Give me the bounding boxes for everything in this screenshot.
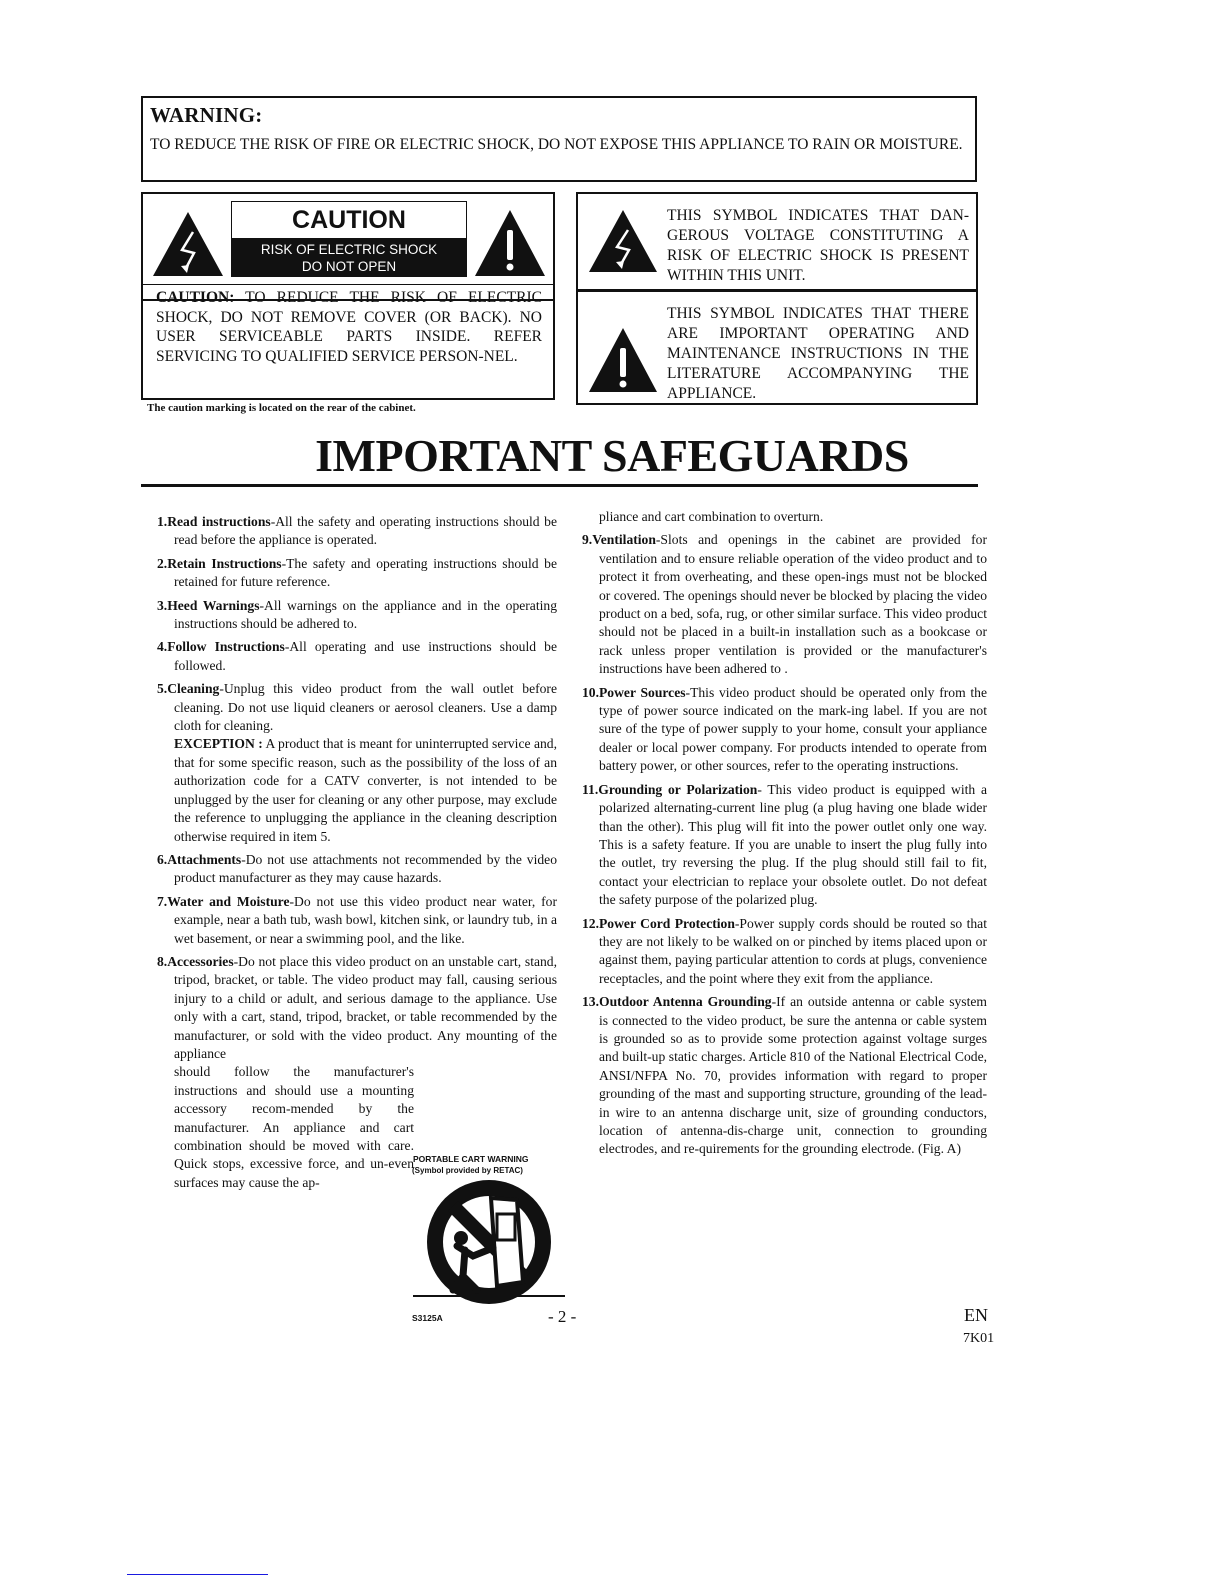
safeguard-item: 12.Power Cord Protection-Power supply co… xyxy=(582,915,987,989)
safeguard-item: 1.Read instructions-All the safety and o… xyxy=(157,513,557,550)
caution-band-line1: RISK OF ELECTRIC SHOCK xyxy=(232,241,466,258)
title-divider xyxy=(141,484,978,487)
caution-text: CAUTION: TO REDUCE THE RISK OF ELECTRIC … xyxy=(156,288,542,366)
safeguard-item-continuation: pliance and cart combination to overturn… xyxy=(582,508,987,526)
safeguard-item: 6.Attachments-Do not use attachments not… xyxy=(157,851,557,888)
page-title: IMPORTANT SAFEGUARDS xyxy=(0,430,1224,482)
exclamation-triangle-icon xyxy=(473,208,547,278)
caution-band-line2: DO NOT OPEN xyxy=(232,258,466,275)
safeguard-item: 13.Outdoor Antenna Grounding-If an outsi… xyxy=(582,993,987,1159)
safeguard-item: 7.Water and Moisture-Do not use this vid… xyxy=(157,893,557,948)
language-code: EN xyxy=(964,1305,988,1326)
warning-text: TO REDUCE THE RISK OF FIRE OR ELECTRIC S… xyxy=(150,134,978,155)
lightning-triangle-icon xyxy=(151,210,225,278)
caution-text-box: CAUTION: TO REDUCE THE RISK OF ELECTRIC … xyxy=(141,284,555,400)
caution-band: RISK OF ELECTRIC SHOCK DO NOT OPEN xyxy=(232,238,466,276)
symbol-text-voltage: THIS SYMBOL INDICATES THAT DAN-GEROUS VO… xyxy=(667,206,969,286)
cart-figure-code: S3125A xyxy=(412,1313,443,1323)
warning-title: WARNING: xyxy=(150,103,262,128)
safeguard-item: 2.Retain Instructions-The safety and ope… xyxy=(157,555,557,592)
warning-box: WARNING: TO REDUCE THE RISK OF FIRE OR E… xyxy=(141,96,977,182)
symbol-explanation-voltage: THIS SYMBOL INDICATES THAT DAN-GEROUS VO… xyxy=(576,192,978,291)
exclamation-triangle-icon xyxy=(587,326,659,394)
document-code: 7K01 xyxy=(963,1331,994,1347)
symbol-text-instructions: THIS SYMBOL INDICATES THAT THERE ARE IMP… xyxy=(667,304,969,404)
safeguard-item-continuation: should follow the manufacturer's instruc… xyxy=(157,1063,414,1192)
caution-sticker: CAUTION RISK OF ELECTRIC SHOCK DO NOT OP… xyxy=(231,201,467,277)
safeguards-right-column: pliance and cart combination to overturn… xyxy=(582,508,987,1164)
lightning-triangle-icon xyxy=(587,208,659,274)
exception-note: EXCEPTION : A product that is meant for … xyxy=(174,735,557,845)
safeguard-item: 5.Cleaning-Unplug this video product fro… xyxy=(157,680,557,846)
safeguard-item: 9.Ventilation-Slots and openings in the … xyxy=(582,531,987,678)
portable-cart-warning-icon xyxy=(405,1178,570,1308)
caution-heading: CAUTION xyxy=(232,202,466,236)
caution-note: The caution marking is located on the re… xyxy=(147,402,416,414)
cart-warning-credit: (Symbol provided by RETAC) xyxy=(412,1166,523,1175)
safeguard-item: 8.Accessories-Do not place this video pr… xyxy=(157,953,557,1063)
caution-text-lead: CAUTION: xyxy=(156,289,234,306)
symbol-explanation-instructions: THIS SYMBOL INDICATES THAT THERE ARE IMP… xyxy=(576,290,978,405)
safeguard-item: 11.Grounding or Polarization- This video… xyxy=(582,781,987,910)
safeguard-item: 4.Follow Instructions-All operating and … xyxy=(157,638,557,675)
safeguard-item: 3.Heed Warnings-All warnings on the appl… xyxy=(157,597,557,634)
safeguard-item: 10.Power Sources-This video product shou… xyxy=(582,684,987,776)
cart-warning-caption: PORTABLE CART WARNING xyxy=(413,1154,529,1164)
footer-link-underline[interactable] xyxy=(127,1574,268,1575)
page-number: - 2 - xyxy=(548,1307,576,1327)
safeguards-left-column: 1.Read instructions-All the safety and o… xyxy=(157,513,557,1197)
